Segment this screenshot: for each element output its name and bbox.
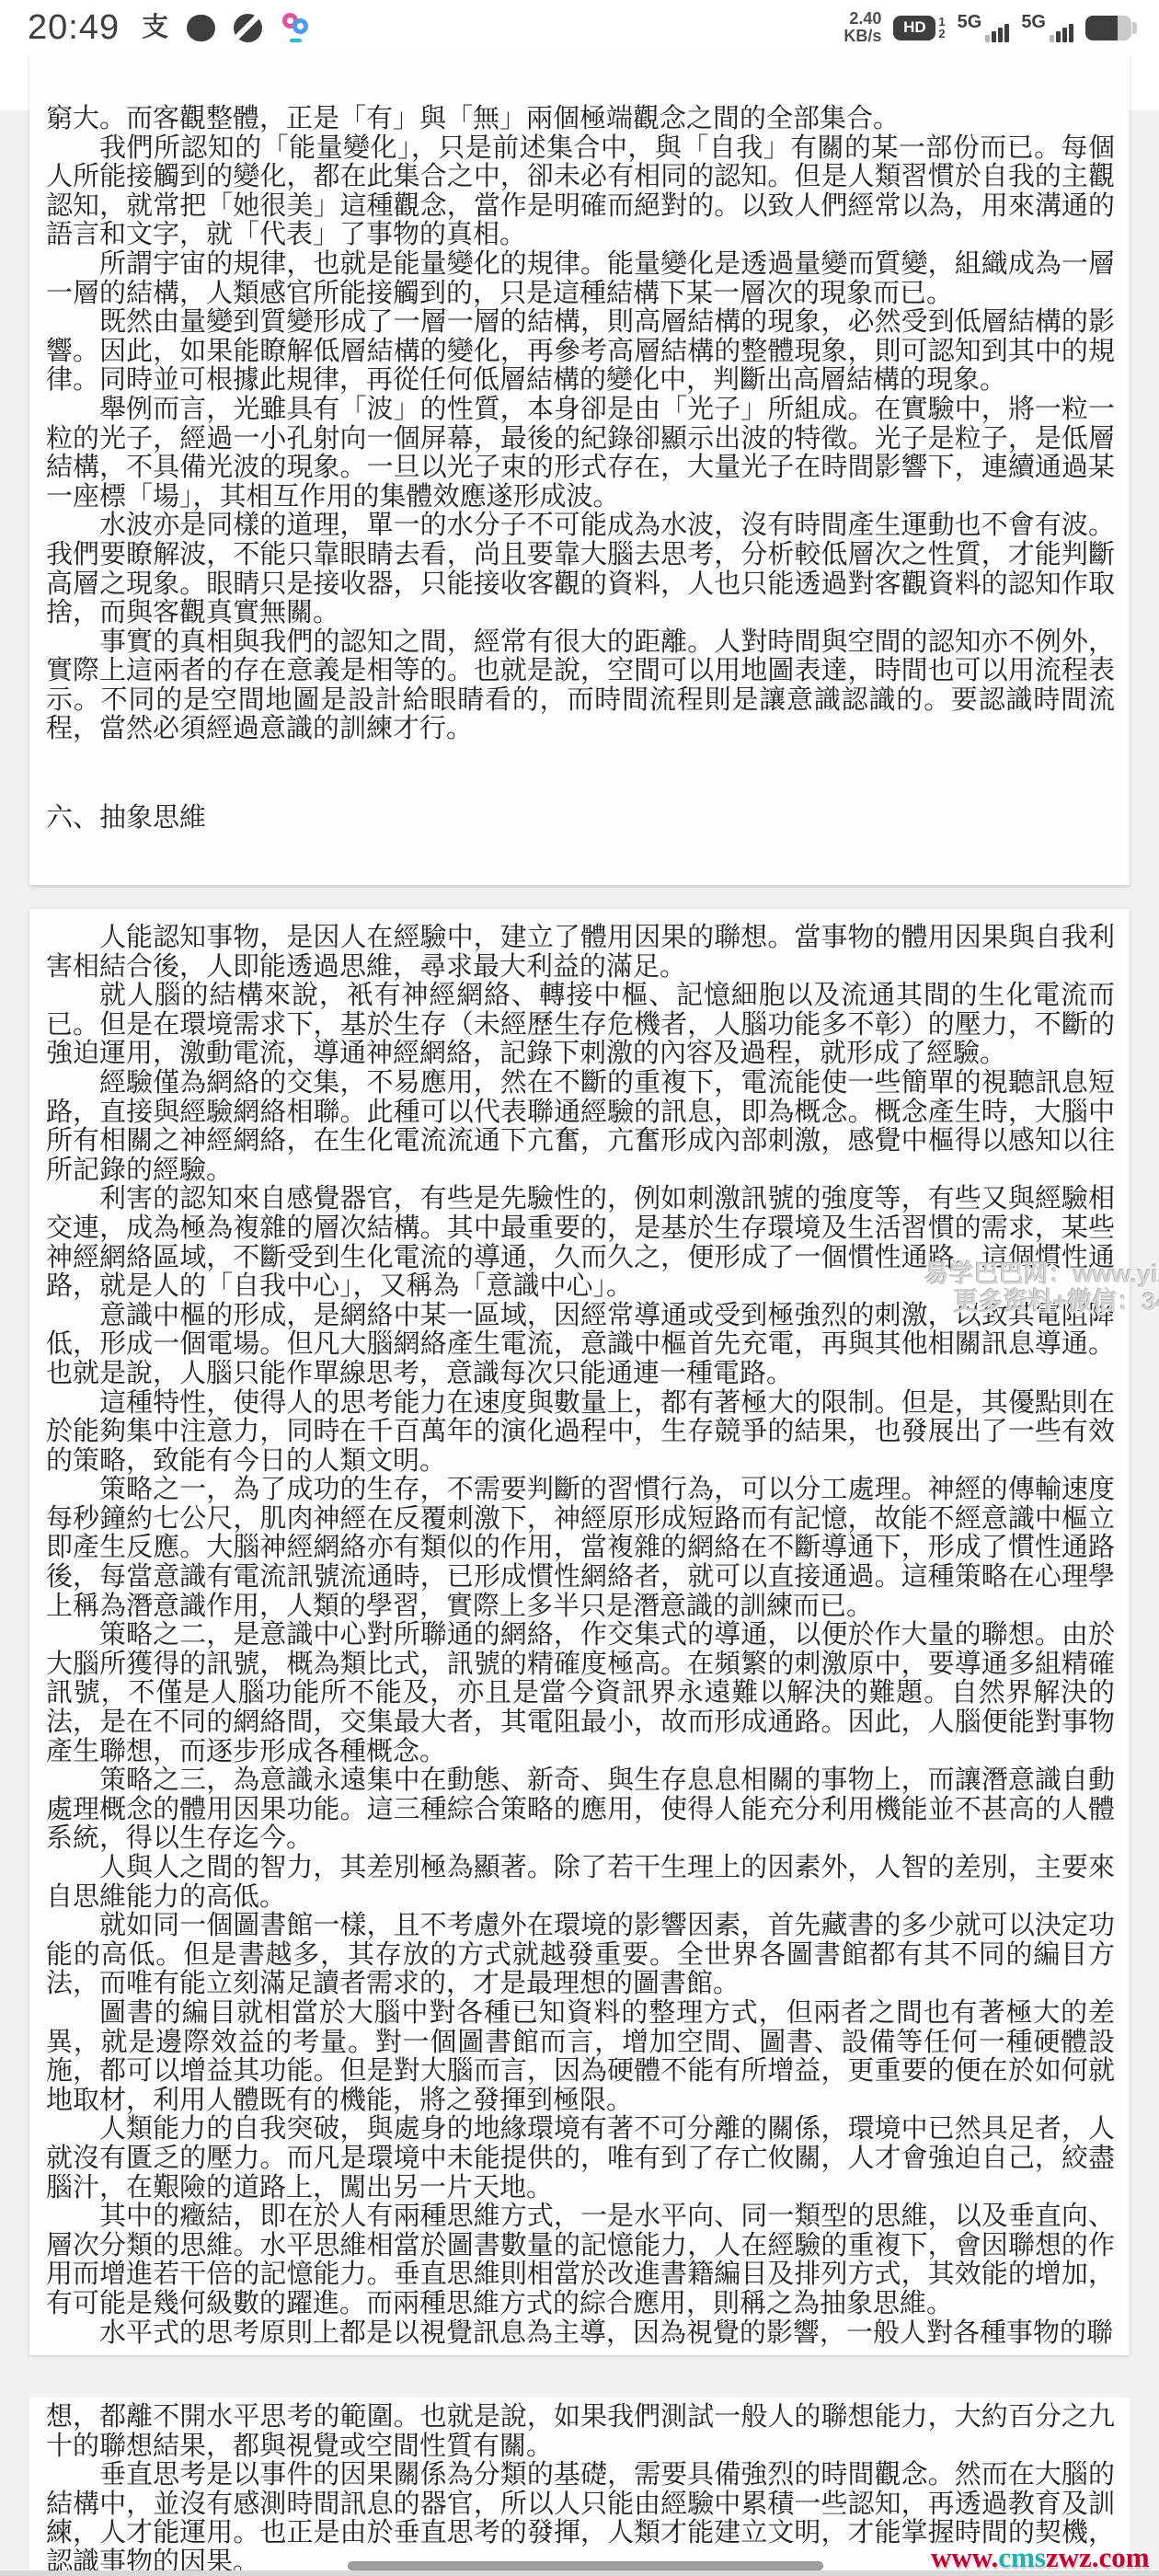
- system-status-icons: 2.40 KB/s HD 1 2 5G 5G: [843, 10, 1137, 45]
- message-bubble-icon: [187, 15, 215, 41]
- paragraph: 舉例而言，光雖具有「波」的性質，本身卻是由「光子」所組成。在實驗中，將一粒一粒的…: [46, 396, 1115, 512]
- battery-icon: [1085, 16, 1131, 40]
- sim2-label: 2: [938, 28, 945, 40]
- watermark-part: zwz: [1046, 2541, 1092, 2573]
- do-not-disturb-icon: [234, 14, 262, 42]
- paragraph: 就人腦的結構來說，衹有神經網絡、轉接中樞、記憶細胞以及流通其間的生化電流而已。但…: [46, 982, 1115, 1069]
- paragraph: 我們所認知的「能量變化」，只是前述集合中，與「自我」有關的某一部份而已。每個人所…: [46, 134, 1115, 250]
- paragraph: 人能認知事物，是因人在經驗中，建立了體用因果的聯想。當事物的體用因果與自我利害相…: [46, 924, 1115, 982]
- site-watermark-footer: www.cmszwz.com: [931, 2541, 1150, 2574]
- paragraph: 人類能力的自我突破，與處身的地緣環境有著不可分離的關係，環境中已然具足者，人就沒…: [46, 2115, 1115, 2202]
- status-bar: 20:49 支 2.40 KB/s HD 1 2: [0, 0, 1159, 53]
- network-speed-value: 2.40: [849, 10, 881, 28]
- watermark-part: www.: [931, 2541, 998, 2573]
- paragraph: 策略之一，為了成功的生存，不需要判斷的習慣行為，可以分工處理。神經的傳輸速度每秒…: [46, 1476, 1115, 1621]
- battery-nub: [1132, 22, 1137, 34]
- section-heading: 六、抽象思維: [46, 803, 1115, 833]
- paragraph: 策略之二，是意識中心對所聯通的網絡，作交集式的導通，以便於作大量的聯想。由於大腦…: [46, 1621, 1115, 1766]
- signal-bars-icon: [985, 24, 1009, 42]
- watermark-part: .com: [1092, 2541, 1150, 2573]
- paragraph: 事實的真相與我們的認知之間，經常有很大的距離。人對時間與空間的認知亦不例外，實際…: [46, 628, 1115, 744]
- signal-sim2: 5G: [1021, 13, 1073, 42]
- alipay-icon: 支: [142, 15, 168, 41]
- paragraph: 所謂宇宙的規律，也就是能量變化的規律。能量變化是透過量變而質變，組織成為一層一層…: [46, 250, 1115, 308]
- hd-volte-badge: HD: [893, 16, 935, 40]
- paragraph: 圖書的編目就相當於大腦中對各種已知資料的整理方式，但兩者之間也有著極大的差異，就…: [46, 1999, 1115, 2115]
- paragraph: 策略之三，為意識永遠集中在動態、新奇、與生存息息相關的事物上，而讓潛意識自動處理…: [46, 1766, 1115, 1854]
- watermark-line: 更多资料+微信：3458344044: [924, 1288, 1159, 1316]
- paragraph: 水平式的思考原則上都是以視覺訊息為主導，因為視覺的影響，一般人對各種事物的聯: [46, 2319, 1115, 2349]
- network-speed-unit: KB/s: [843, 28, 881, 45]
- watermark-line: 易学巴巴网：www.yixue88.cn: [924, 1260, 1159, 1288]
- scroll-progress-bar[interactable]: [348, 2561, 823, 2570]
- battery-fill: [1085, 16, 1118, 40]
- clock: 20:49: [28, 8, 120, 48]
- watermark-part: cms: [998, 2541, 1046, 2573]
- phone-screen: 20:49 支 2.40 KB/s HD 1 2: [0, 0, 1159, 2576]
- notification-icons: 支: [142, 11, 317, 44]
- signal2-type-label: 5G: [1021, 13, 1046, 31]
- site-watermark-center: 易学巴巴网：www.yixue88.cn 更多资料+微信：3458344044: [924, 1260, 1159, 1316]
- paragraph: 經驗僅為網絡的交集，不易應用，然在不斷的重複下，電流能使一些簡單的視聽訊息短路，…: [46, 1069, 1115, 1185]
- paragraph: 人與人之間的智力，其差別極為顯著。除了若干生理上的因素外，人智的差別，主要來自思…: [46, 1854, 1115, 1912]
- network-speed: 2.40 KB/s: [843, 10, 881, 45]
- paragraph: 水波亦是同樣的道理，單一的水分子不可能成為水波，沒有時間產生運動也不會有波。我們…: [46, 512, 1115, 627]
- blue-ring-icon: [293, 18, 308, 34]
- paragraph: 其中的癥結，即在於人有兩種思維方式，一是水平向、同一類型的思維，以及垂直向、層次…: [46, 2202, 1115, 2318]
- volte-indicator: HD 1 2: [893, 16, 945, 40]
- colorful-app-icon: [281, 11, 317, 44]
- paragraph: 既然由量變到質變形成了一層一層的結構，則高層結構的現象，必然受到低層結構的影響。…: [46, 308, 1115, 396]
- signal-sim1: 5G: [958, 13, 1010, 42]
- paragraph: 就如同一個圖書館一樣，且不考慮外在環境的影響因素，首先藏書的多少就可以決定功能的…: [46, 1912, 1115, 1999]
- paragraph: 想，都離不開水平思考的範圍。也就是說，如果我們測試一般人的聯想能力，大約百分之九…: [46, 2403, 1115, 2461]
- paragraph: 這種特性，使得人的思考能力在速度與數量上，都有著極大的限制。但是，其優點則在於能…: [46, 1389, 1115, 1477]
- sim-numbers: 1 2: [938, 16, 945, 40]
- signal1-type-label: 5G: [958, 13, 982, 31]
- paragraph: 窮大。而客觀整體，正是「有」與「無」兩個極端觀念之間的全部集合。: [46, 105, 1115, 134]
- document-page-2: 人能認知事物，是因人在經驗中，建立了體用因果的聯想。當事物的體用因果與自我利害相…: [29, 909, 1130, 2355]
- document-page-1: 窮大。而客觀整體，正是「有」與「無」兩個極端觀念之間的全部集合。 我們所認知的「…: [29, 53, 1130, 885]
- signal-bars-icon: [1050, 24, 1073, 42]
- teal-dash-icon: [290, 39, 302, 42]
